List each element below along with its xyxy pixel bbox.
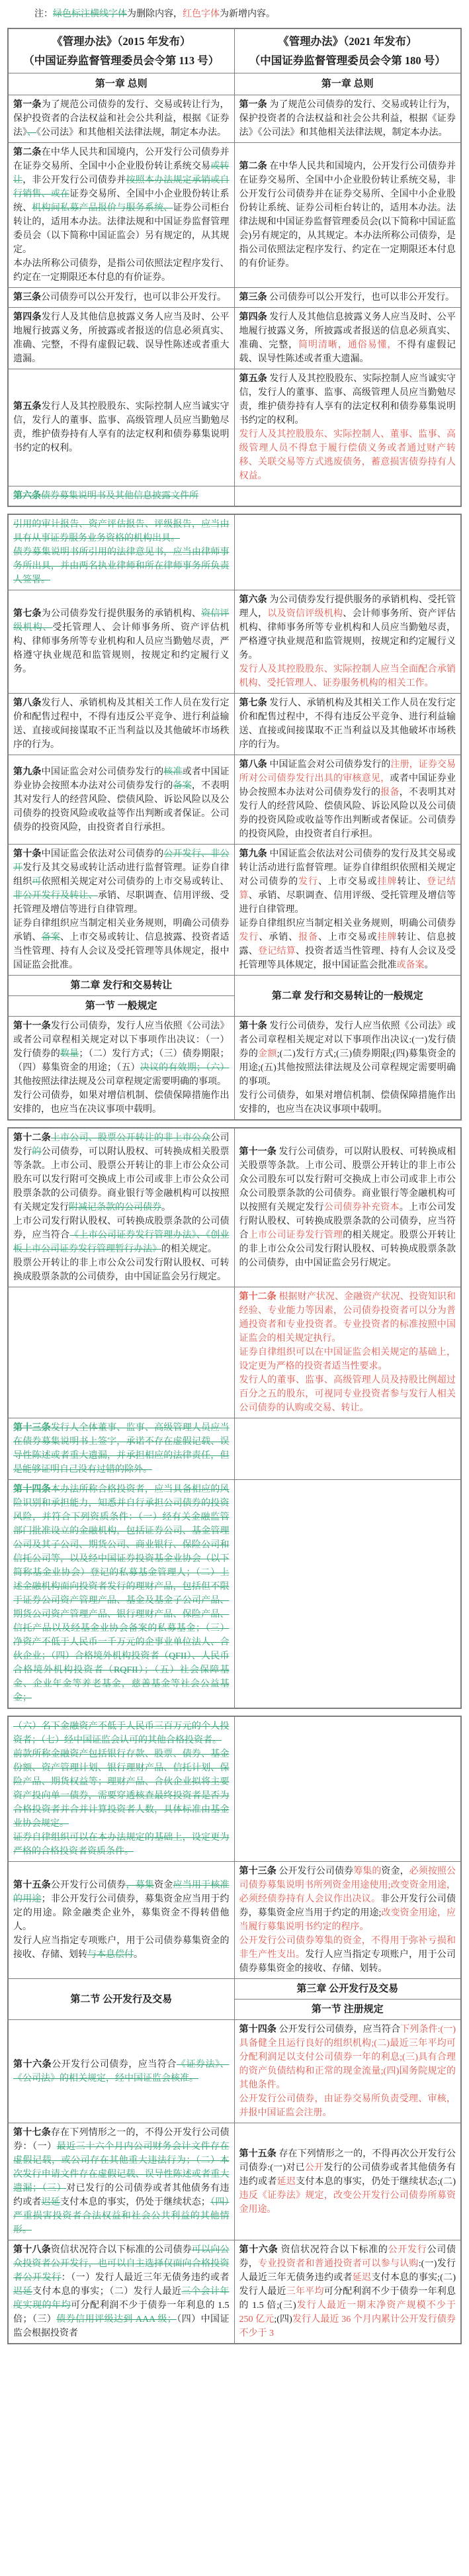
table-cell-left: 第十六条公开发行公司债券，应当符合《证券法》、《公司法》的相关规定，经中国证监会… [9,2020,235,2123]
legend-added-sample: 红色字体 [183,9,220,19]
text-run: 第十八条 [13,2245,51,2255]
deleted-text: 的 [32,1147,41,1157]
text-run: 第十二条 [13,1133,51,1143]
legend-mid: 为删除内容， [127,9,183,19]
table-row: 第三条公司债券可以公开发行，也可以非公开发行。第三条 公司债券可以公开发行，也可… [9,288,460,308]
added-text: 报备 [380,788,400,798]
table-cell-left: 第五条发行人及其控股股东、实际控制人应当诚实守信，发行人的董事、监事、高级管理人… [9,369,235,486]
added-text: 专业投资者和普通投资者可以参与认购 [258,2259,419,2269]
text-run: 公开发行公司债券 [51,1880,126,1890]
text-run: 发行人、承销机构及其相关工作人员在发行定价和配售过程中，不得有违反公平竞争、进行… [13,698,230,750]
table-cell-right: 《管理办法》（2021 年发布）（中国证券监督管理委员会令第 180 号） [235,29,461,73]
paragraph: 第十二条上市公司、股票公开转让的非上市公众公司发行的公司债券，可以附认股权、可转… [13,1131,230,1215]
table-cell-left: 《管理办法》（2015 年发布）（中国证券监督管理委员会令第 113 号） [9,29,235,73]
table-cell-right: 第四条 发行人及其他信息披露义务人应当及时、公平地履行披露义务，所披露或者报送的… [235,308,461,369]
deleted-text: 备案 [42,933,60,943]
text-run: 、承销、 [259,933,298,943]
table-cell-right [235,1717,461,1861]
legend-suffix: 为新增内容。 [220,9,275,19]
paragraph: 第二条在中华人民共和国境内，公开发行公司债券并在证券交易所、全国中小企业股份转让… [13,146,230,257]
paragraph: 第十八条资信状况符合以下标准的公司债券可以向公众投资者公开发行，也可以自主选择仅… [13,2243,230,2340]
text-run: 第十条 [239,1021,270,1031]
text-run: 第一条 [13,100,42,110]
text-run: 第十五条 [13,1880,51,1890]
paragraph: 证券自律组织可以在中国证监会相关规定的基础上，设定更为严格的投资者适当性要求。 [239,1346,456,1373]
added-text: 发行人及其控股股东、实际控制人应当全面配合承销机构、受托管理人、证券服务机构的相… [239,665,456,688]
paragraph: （六）名下金融资产不低于人民币三百万元的个人投资者；（七）经中国证监会认可的其他… [13,1720,230,1747]
text-run: 的相关规定。 [161,1244,217,1254]
table-cell-left: 第十七条存在下列情形之一的，不得公开发行公司债券：（一）最近三十六个月内公司财务… [9,2123,235,2240]
text-run: 第九条 [13,767,42,777]
section-title: 第二节 公开发行及交易 [70,1992,172,2007]
deleted-text: 核准 [163,767,182,777]
text-run: 公开发行公司债券，应当符合 [52,2060,177,2070]
table-cell-left: 第十条中国证监会依法对公司债券的公开发行、非公开发行及其交易或转让活动进行监督管… [9,845,235,975]
table-cell-left: 第四条发行人及其他信息披露义务人应当及时、公平地履行披露义务，所披露或者报送的信… [9,308,235,369]
text-run: 公开发行公司债券，应当符合 [279,2025,401,2035]
deleted-text: （六）名下金融资产不低于人民币三百万元的个人投资者；（七）经中国证监会认可的其他… [13,1722,230,1745]
table-row: 第一条为了规范公司债券的发行、交易或转让行为，保护投资者的合法权益和社会公共利益… [9,95,460,143]
text-run: 第六条 [239,595,270,605]
deleted-text: 可 [32,877,41,887]
table-cell-right: 第十五条 存在下列情形之一的，不得再次公开发行公司债券:(一)对已公开发行的公司… [235,2123,461,2240]
added-text: 发行人及其控股股东、实际控制人、董事、监事、高级管理人员不得怠于履行偿债义务或者… [239,430,456,481]
text-run: 。 [161,1203,171,1213]
deleted-text: 附减记条款的公司债券 [69,1203,161,1213]
text-run: 。 [425,960,434,970]
table-cell-right: 第三条 公司债券可以公开发行，也可以非公开发行。 [235,288,461,307]
table-row: 引用的审计报告、资产评估报告、评级报告，应当由具有从事证券服务业务资格的机构出具… [9,515,460,590]
deleted-text: 前款所称金融资产包括银行存款、股票、债券、基金份额、资产管理计划、银行理财产品、… [13,1749,230,1829]
table-cell-right: 第十四条 公开发行公司债券，应当符合下列条件:(一)具备健全且运行良好的组织机构… [235,2020,461,2123]
table-cell-left: 第一章 总则 [9,73,235,95]
paragraph: 发行公司债券，如果对增信机制、偿债保障措施作出安排的，也应当在决议事项中载明。 [13,1089,230,1117]
text-run: 第八条 [239,760,270,770]
paragraph: 发行人及其控股股东、实际控制人应当全面配合承销机构、受托管理人、证券服务机构的相… [239,663,456,690]
paragraph: 第十五条公开发行公司债券，募集资金应当用于核准的用途；非公开发行公司债券，募集资… [13,1878,230,1934]
comparison-table-3: 第十二条上市公司、股票公开转让的非上市公众公司发行的公司债券，可以附认股权、可转… [7,1127,462,1709]
table-cell-left: 第二节 公开发行及交易 [9,1979,235,2019]
table-cell-right [235,515,461,590]
text-run: 转让、 [397,877,427,887]
text-run: 其他按照法律法规及公司章程规定需要明确的事项。 [13,1077,226,1087]
table-cell-right: 第十一条 发行公司债券，可以附认股权、可转换成相关股票等条款。上市公司、股票公开… [235,1128,461,1287]
table-cell-left: 第十三条发行人全体董事、监事、高级管理人员应当在债券募集说明书上签字，承诺不存在… [9,1418,235,1479]
text-run: 第十五条 [239,2149,279,2159]
table-cell-left: 第七条为公司债券发行提供服务的承销机构、资信评级机构、受托管理人、会计师事务所、… [9,590,235,693]
added-text: 挂牌 [378,933,398,943]
added-text: 证券自律组织可以在中国证监会相关规定的基础上，设定更为严格的投资者适当性要求。 [239,1348,456,1371]
paragraph: 第九条 中国证监会依法对公司债券的发行及其交易或转让活动进行监督管理。证券自律组… [239,847,456,917]
text-run: 第七条 [239,698,270,708]
table-cell-right: 第三章 公开发行及交易第一节 注册规定 [235,1979,461,2019]
table-cell-left [9,1287,235,1418]
table-cell-right [235,486,461,506]
text-run: 第十六条 [239,2245,281,2255]
text-run: ；非公开发行公司债券，募集资金应当用于约定的用途。除金融类企业外，募集资金不得转… [13,1894,230,1932]
added-text: 筹集的 [353,1866,381,1876]
paragraph: 第七条为公司债券发行提供服务的承销机构、资信评级机构、受托管理人、会计师事务所、… [13,607,230,676]
comparison-table-1: 《管理办法》（2015 年发布）（中国证券监督管理委员会令第 113 号）《管理… [7,28,462,507]
table-row: 《管理办法》（2015 年发布）（中国证券监督管理委员会令第 113 号）《管理… [9,29,460,73]
deleted-text: 第六条 [13,491,41,501]
table-cell-right: 第十条 发行公司债券，发行人应当依照《公司法》或者公司章程相关规定对以下事项作出… [235,1017,461,1119]
table-cell-right: 第一条 为了规范公司债券的发行、交易或转让行为，保护投资者的合法权益和社会公共利… [235,95,461,142]
text-run: 股票公开转让的非上市公众公司发行附认股权、可转换成股票条款的公司债券，由中国证监… [13,1258,230,1282]
paragraph: 第五条 发行人及其控股股东、实际控制人应当诚实守信，发行人的董事、监事、高级管理… [239,372,456,428]
paragraph: 第十五条 存在下列情形之一的，不得再次公开发行公司债券:(一)对已公开发行的公司… [239,2147,456,2217]
table-row: 第六条债券募集说明书及其他信息披露文件所 [9,486,460,506]
table-row: （六）名下金融资产不低于人民币三百万元的个人投资者；（七）经中国证监会认可的其他… [9,1717,460,1862]
paragraph: 前款所称金融资产包括银行存款、股票、债券、基金份额、资产管理计划、银行理财产品、… [13,1747,230,1831]
table-cell-left: 第八条发行人、承销机构及其相关工作人员在发行定价和配售过程中，不得有违反公平竞争… [9,694,235,755]
comparison-document: 《管理办法》（2015 年发布）（中国证券监督管理委员会令第 113 号）《管理… [0,28,469,2344]
text-run: 第十七条 [13,2128,51,2138]
table-row: 第九条中国证监会对公司债券发行的核准或者中国证券业协会按照本办法对公司债券发行的… [9,755,460,845]
paragraph: 第九条中国证监会对公司债券发行的核准或者中国证券业协会按照本办法对公司债券发行的… [13,765,230,835]
deleted-text: 、 [27,128,36,138]
comparison-table-2: 引用的审计报告、资产评估报告、评级报告，应当由具有从事证券服务业务资格的机构出具… [7,514,462,1121]
paragraph: 股票公开转让的非上市公众公司发行附认股权、可转换成股票条款的公司债券，由中国证监… [13,1256,230,1284]
text-run: 第四条 [239,312,270,322]
section-title: 第三章 公开发行及交易 [235,1979,461,2000]
text-run: 公司债券可以公开发行，也可以非公开发行。 [269,293,454,302]
text-run: 第三条 [13,293,41,302]
table-cell-left: 第十五条公开发行公司债券，募集资金应当用于核准的用途；非公开发行公司债券，募集资… [9,1862,235,1978]
table-row: 第十六条公开发行公司债券，应当符合《证券法》、《公司法》的相关规定，经中国证监会… [9,2020,460,2123]
section-title: 第二章 发行和交易转让 [9,976,234,996]
deleted-text: 引用的审计报告、资产评估报告、评级报告，应当由具有从事证券服务业务资格的机构出具… [13,520,230,543]
paragraph: 第一条 为了规范公司债券的发行、交易或转让行为，保护投资者的合法权益和社会公共利… [239,98,456,140]
paragraph: 第三条 公司债券可以公开发行，也可以非公开发行。 [239,291,456,304]
text-run: 第九条 [239,849,270,859]
deleted-text: 非公开发行及转让、 [13,891,98,901]
added-text: 以及资信评级机构 [267,609,343,619]
table-row: 第四条发行人及其他信息披露义务人应当及时、公平地履行披露义务，所披露或者报送的信… [9,308,460,369]
text-run: 、承销、尽职调查、信用评级、受托管理及增信等进行自律管理。 [239,891,456,915]
paragraph: 第一条为了规范公司债券的发行、交易或转让行为，保护投资者的合法权益和社会公共利益… [13,98,230,140]
added-text: 三年平均 [286,2287,324,2297]
text-run: 第八条 [13,698,42,708]
table-row: 第十三条发行人全体董事、监事、高级管理人员应当在债券募集说明书上签字，承诺不存在… [9,1418,460,1480]
paragraph: 第十六条公开发行公司债券，应当符合《证券法》、《公司法》的相关规定，经中国证监会… [13,2058,230,2086]
added-text: 发行 [239,933,259,943]
text-run: 第十四条 [239,2025,279,2035]
table-cell-right: 第十六条 资信状况符合以下标准的公开发行公司债券，专业投资者和普通投资者可以参与… [235,2240,461,2343]
text-run: 第十一条 [239,1147,279,1157]
paragraph: 发行人及其控股股东、实际控制人、董事、监事、高级管理人员不得怠于履行偿债义务或者… [239,428,456,483]
table-cell-left: 第三条公司债券可以公开发行，也可以非公开发行。 [9,288,235,307]
table-row: 第十一条发行公司债券，发行人应当依照《公司法》或者公司章程相关规定对以下事项作出… [9,1017,460,1119]
text-run: 第一条 [239,100,270,110]
deleted-text: 决议的有效期；（六） [140,1063,230,1073]
table-cell-left: 第一条为了规范公司债券的发行、交易或转让行为，保护投资者的合法权益和社会公共利益… [9,95,235,142]
table-row: 第二条在中华人民共和国境内，公开发行公司债券并在证券交易所、全国中小企业股份转让… [9,143,460,288]
deleted-text: 迟延 [42,2197,60,2207]
text-run: 资金， [381,1866,409,1876]
paragraph: 发行人的董事、监事、高级管理人员及持股比例超过百分之五的股东，可视同专业投资者参… [239,1373,456,1415]
paragraph: 发行公司债券，如果对增信机制、偿债保障措施作出安排的，也应当在决议事项中载明。 [239,1089,456,1117]
paragraph: 第十二条 根据财产状况、金融资产状况、投资知识和经验、专业能力等因素，公司债券投… [239,1290,456,1346]
text-run: 资金 [154,1880,173,1890]
table-cell-right: 第二条 在中华人民共和国境内，公开发行公司债券并在证券交易所、全国中小企业股份转… [235,143,461,287]
deleted-text: 与本息偿付 [87,1950,134,1960]
text-run: 第十六条 [13,2060,52,2070]
table-cell-left: 第十二条上市公司、股票公开转让的非上市公众公司发行的公司债券，可以附认股权、可转… [9,1128,235,1287]
paragraph: 第十四条 公开发行公司债券，应当符合下列条件:(一)具备健全且运行良好的组织机构… [239,2023,456,2092]
section-title: 《管理办法》（2015 年发布） [52,32,191,51]
paragraph: 第十三条发行人全体董事、监事、高级管理人员应当在债券募集说明书上签字，承诺不存在… [13,1421,230,1477]
added-text: 公开发行公司债券，由证券交易所负责受理、审核，并报中国证监会注册。 [239,2094,456,2118]
text-run: 在中华人民共和国境内，公开发行公司债券并在证券交易所、全国中小企业股份转让系统交… [13,148,230,171]
table-cell-right: 第六条 为公司债券发行提供服务的承销机构、受托管理人，以及资信评级机构、会计师事… [235,590,461,693]
text-run: 中国证监会对公司债券发行的 [269,760,390,770]
text-run: 发行公司债券，如果对增信机制、偿债保障措施作出安排的，也应当在决议事项中载明。 [13,1091,230,1115]
deleted-text: 迟延 [13,2287,32,2297]
paragraph: 第八条发行人、承销机构及其相关工作人员在发行定价和配售过程中，不得有违反公平竞争… [13,696,230,752]
table-cell-right: 第五条 发行人及其控股股东、实际控制人应当诚实守信，发行人的董事、监事、高级管理… [235,369,461,486]
paragraph: 证券自律组织应当制定相关业务规则，明确公司债券发行、承销、报备、上市交易或挂牌转… [239,917,456,972]
text-run: 证券自律组织应当制定相关业务规则，明确公司债券 [239,919,456,929]
added-text: 登记结算 [258,946,296,956]
text-run: 第四条 [13,312,42,322]
section-title: 第二章 发行和交易转让的一般规定 [272,988,423,1004]
table-cell-right: 第二章 发行和交易转让的一般规定 [235,976,461,1016]
text-run: 、上市交易或 [318,933,378,943]
added-text: 或备案 [397,960,425,970]
deleted-text: 第十三条 [13,1423,51,1433]
added-text: 发行 [298,877,318,887]
deleted-text: 本办法所称合格投资者，应当具备相应的风险识别和承担能力，知悉并自行承担公司债券的… [13,1485,230,1703]
text-run: 发行人及其控股股东、实际控制人应当诚实守信，发行人的董事、监事、高级管理人员应当… [239,374,456,426]
comparison-table-4: （六）名下金融资产不低于人民币三百万元的个人投资者；（七）经中国证监会认可的其他… [7,1716,462,2344]
text-run: ：（一）发行人最近三年无债务违约或者 [62,2273,230,2283]
table-row: 第十八条资信状况符合以下标准的公司债券可以向公众投资者公开发行，也可以自主选择仅… [9,2240,460,2343]
paragraph: 本办法所称公司债券，是指公司依照法定程序发行、约定在一定期限还本付息的有价证券。 [13,257,230,285]
text-run: 。 [134,1950,143,1960]
paragraph: 公开发行公司债券，由证券交易所负责受理、审核，并报中国证监会注册。 [239,2092,456,2120]
paragraph: 第六条 为公司债券发行提供服务的承销机构、受托管理人，以及资信评级机构、会计师事… [239,593,456,663]
paragraph: 第八条 中国证监会对公司债券发行的注册，证券交易所对公司债券发行出具的审核意见，… [239,758,456,841]
paragraph: 第六条债券募集说明书及其他信息披露文件所 [13,489,230,503]
table-cell-right: 第十三条 公开发行公司债券筹集的资金，必须按照公司债券募集说明书所列资金用途使用… [235,1862,461,1978]
table-row: 第七条为公司债券发行提供服务的承销机构、资信评级机构、受托管理人、会计师事务所、… [9,590,460,694]
paragraph: 公开发行公司债券筹集的资金，不得用于弥补亏损和非生产性支出。发行人应当指定专项账… [239,1934,456,1976]
table-cell-right: 第八条 中国证监会对公司债券发行的注册，证券交易所对公司债券发行出具的审核意见，… [235,755,461,844]
table-cell-right: 第十二条 根据财产状况、金融资产状况、投资知识和经验、专业能力等因素，公司债券投… [235,1287,461,1418]
table-row: 第二节 公开发行及交易第三章 公开发行及交易第一节 注册规定 [9,1979,460,2020]
table-row: 第十二条 根据财产状况、金融资产状况、投资知识和经验、专业能力等因素，公司债券投… [9,1287,460,1418]
paragraph: 第十一条发行公司债券，发行人应当依照《公司法》或者公司章程相关规定对以下事项作出… [13,1019,230,1089]
text-run: 中国证监会对公司债券发行的 [42,767,164,777]
added-text: 简明清晰，通俗易懂， [298,340,397,350]
text-run: 发行人及其他信息披露义务人应当及时、公平地履行披露义务，所披露或者报送的信息必须… [13,312,230,364]
table-cell-left: 第六条债券募集说明书及其他信息披露文件所 [9,486,235,506]
paragraph: 第四条发行人及其他信息披露义务人应当及时、公平地履行披露义务，所披露或者报送的信… [13,310,230,366]
text-run: 发行人及其控股股东、实际控制人应当诚实守信，发行人的董事、监事、高级管理人员应当… [13,402,230,453]
paragraph: 发行人应当指定专项账户，用于公司债券募集资金的接收、存储、划转与本息偿付。 [13,1934,230,1962]
paragraph: 第十七条存在下列情形之一的，不得公开发行公司债券：（一）最近三十六个月内公司财务… [13,2126,230,2237]
deleted-text: 证券自律组织可以在本办法规定的基础上，设定更为严格的合格投资者资质条件。 [13,1833,230,1857]
table-cell-left: 第二章 发行和交易转让第一节 一般规定 [9,976,235,1016]
text-run: 资信状况符合以下标准的 [281,2245,388,2255]
added-text: 违反《证券法》规定，改变公开发行公司债券所募资金用途。 [239,2191,456,2215]
deleted-text: 第十四条 [13,1485,51,1495]
paragraph: 第四条 发行人及其他信息披露义务人应当及时、公平地履行披露义务，所披露或者报送的… [239,310,456,366]
paragraph: 第五条发行人及其控股股东、实际控制人应当诚实守信，发行人的董事、监事、高级管理人… [13,400,230,455]
table-cell-left: 第十四条本办法所称合格投资者，应当具备相应的风险识别和承担能力，知悉并自行承担公… [9,1480,235,1708]
added-text: 第十二条 [239,1292,279,1302]
text-run: ，非公开发行公司债券并 [22,175,126,185]
deleted-text: 机构间私募产品报价与服务系统、 [32,203,173,213]
section-title: 第一节 注册规定 [235,2000,461,2019]
paragraph: 上市公司发行附认股权、可转换成股票条款的公司债券，应当符合《上市公司证券发行管理… [13,1215,230,1256]
section-title: 第一章 总则 [95,76,148,92]
table-row: 第十四条本办法所称合格投资者，应当具备相应的风险识别和承担能力，知悉并自行承担公… [9,1480,460,1708]
table-row: 第十条中国证监会依法对公司债券的公开发行、非公开发行及其交易或转让活动进行监督管… [9,845,460,976]
section-title: 第一章 总则 [321,76,374,92]
text-run: 第五条 [239,374,270,384]
section-title: 《管理办法》（2021 年发布） [278,32,417,51]
text-run: 第七条 [13,609,42,619]
text-run: 第十三条 [239,1866,279,1876]
table-cell-right [235,1480,461,1708]
paragraph: 第七条 发行人、承销机构及其相关工作人员在发行定价和配售过程中，不得有违反公平竞… [239,696,456,752]
deleted-text: 债券信用评级达到 AAA 级； [56,2315,177,2324]
deleted-text: 备案 [173,781,191,791]
text-run: 为公司债券发行提供服务的承销机构、 [42,609,201,619]
text-run: 发行人、承销机构及其相关工作人员在发行定价和配售过程中，不得有违反公平竞争、进行… [239,698,456,750]
added-text: 公开发行 [388,2245,427,2255]
table-row: 第八条发行人、承销机构及其相关工作人员在发行定价和配售过程中，不得有违反公平竞争… [9,694,460,755]
paragraph: 引用的审计报告、资产评估报告、评级报告，应当由具有从事证券服务业务资格的机构出具… [13,518,230,545]
table-row: 第二章 发行和交易转让第一节 一般规定第二章 发行和交易转让的一般规定 [9,976,460,1017]
added-text: 挂牌 [378,877,398,887]
text-run: 第五条 [13,402,42,412]
table-cell-right: 第七条 发行人、承销机构及其相关工作人员在发行定价和配售过程中，不得有违反公平竞… [235,694,461,755]
paragraph: 第十三条 公开发行公司债券筹集的资金，必须按照公司债券募集说明书所列资金用途使用… [239,1864,456,1934]
text-run: 、上市交易或 [318,877,378,887]
paragraph: 第十条 发行公司债券，发行人应当依照《公司法》或者公司章程相关规定对以下事项作出… [239,1019,456,1089]
text-run: 依照相关规定对公司债券的上市交易或转让、 [42,877,230,887]
table-cell-left: 引用的审计报告、资产评估报告、评级报告，应当由具有从事证券服务业务资格的机构出具… [9,515,235,590]
paragraph: 证券自律组织可以在本办法规定的基础上，设定更为严格的合格投资者资质条件。 [13,1831,230,1859]
text-run: 在中华人民共和国境内，公开发行公司债券并在证券交易所、全国中小企业股份转让系统交… [239,161,456,269]
added-text: 延迟 [353,2273,372,2283]
table-cell-left: 第十八条资信状况符合以下标准的公司债券可以向公众投资者公开发行，也可以自主选择仅… [9,2240,235,2343]
table-row: 第十七条存在下列情形之一的，不得公开发行公司债券：（一）最近三十六个月内公司财务… [9,2123,460,2240]
text-run: ;(四) [274,2315,292,2324]
table-cell-right [235,1418,461,1479]
paragraph: 第二条 在中华人民共和国境内，公开发行公司债券并在证券交易所、全国中小企业股份转… [239,160,456,271]
added-text: 报备 [298,933,318,943]
table-row: 第十五条公开发行公司债券，募集资金应当用于核准的用途；非公开发行公司债券，募集资… [9,1862,460,1979]
deleted-text: 数量 [60,1049,79,1059]
paragraph: 第三条公司债券可以公开发行，也可以非公开发行。 [13,291,230,304]
section-title: （中国证券监督管理委员会令第 180 号） [249,51,446,70]
added-text: 延迟 [277,2177,296,2187]
text-run: 第十条 [13,849,42,859]
deleted-text: 债券募集说明书及其他信息披露文件所 [41,491,198,501]
table-cell-right: 第一章 总则 [235,73,461,95]
paragraph: 证券自律组织应当制定相关业务规则，明确公司债券承销、备案、上市交易或转让、信息披… [13,917,230,972]
table-cell-right: 第九条 中国证监会依法对公司债券的发行及其交易或转让活动进行监督管理。证券自律组… [235,845,461,975]
added-text: 公开 [305,2163,324,2173]
text-run: 第十一条 [13,1021,51,1031]
text-run: 中国证监会依法对公司债券的 [42,849,164,859]
section-title: 第一节 一般规定 [9,996,234,1016]
deleted-text: 上市公司、股票公开转让的非上市公众 [51,1133,210,1143]
text-run: 公开发行公司债券 [278,1866,353,1876]
text-run: 《公司法》和其他相关法律法规，制定本办法。 [36,128,226,138]
added-text: 发行人的董事、监事、高级管理人员及持股比例超过百分之五的股东，可视同专业投资者参… [239,1375,456,1413]
text-run: 第二条 [13,148,42,158]
legend-deleted-sample: 绿色标注横线字体 [53,9,127,19]
text-run: 本办法所称公司债券，是指公司依照法定程序发行、约定在一定期限还本付息的有价证券。 [13,259,230,283]
text-run: 支付本息的事实；（二）发行人最近 [32,2287,181,2297]
table-row: 第十二条上市公司、股票公开转让的非上市公众公司发行的公司债券，可以附认股权、可转… [9,1128,460,1287]
deleted-text: 债券募集说明书所引用的法律意见书，应当由律师事务所出具，并由两名执业律师和所在律… [13,547,230,585]
paragraph: 债券募集说明书所引用的法律意见书，应当由律师事务所出具，并由两名执业律师和所在律… [13,545,230,587]
paragraph: 第十条中国证监会依法对公司债券的公开发行、非公开发行及其交易或转让活动进行监督管… [13,847,230,917]
deleted-text: ，募集 [126,1880,154,1890]
text-run: 公司债券可以公开发行，也可以非公开发行。 [41,293,226,302]
section-title: （中国证券监督管理委员会令第 113 号） [23,51,219,70]
table-cell-left: （六）名下金融资产不低于人民币三百万元的个人投资者；（七）经中国证监会认可的其他… [9,1717,235,1861]
added-text: 上市公司证券发行管理 [249,1230,343,1240]
table-cell-left: 第二条在中华人民共和国境内，公开发行公司债券并在证券交易所、全国中小企业股份转让… [9,143,235,287]
text-run: 第二条 [239,161,270,171]
legend-prefix: 注： [34,9,53,19]
table-cell-left: 第九条中国证监会对公司债券发行的核准或者中国证券业协会按照本办法对公司债券发行的… [9,755,235,844]
added-text: 公司债券补充资本 [324,1203,400,1213]
table-cell-left: 第十一条发行公司债券，发行人应当依照《公司法》或者公司章程相关规定对以下事项作出… [9,1017,235,1119]
text-run: 为了规范公司债券的发行、交易或转让行为，保护投资者的合法权益和社会公共利益，根据… [239,100,456,138]
legend-note: 注：绿色标注横线字体为删除内容，红色字体为新增内容。 [34,8,462,21]
added-text: 金额 [258,1049,277,1059]
text-run: 发行公司债券，如果对增信机制、偿债保障措施作出安排的，也应当在决议事项中载明。 [239,1091,456,1115]
table-row: 第一章 总则第一章 总则 [9,73,460,95]
text-run: 支付本息的事实，仍处于继续状态； [60,2197,210,2207]
paragraph: 第十一条 发行公司债券，可以附认股权、可转换成相关股票等条款。上市公司、股票公开… [239,1145,456,1270]
paragraph: 第十四条本办法所称合格投资者，应当具备相应的风险识别和承担能力，知悉并自行承担公… [13,1483,230,1705]
text-run: 支付本息的事实，仍处于继续状态;(二) [296,2177,456,2187]
text-run: 资信状况符合以下标准的公司债券 [51,2245,192,2255]
table-row: 第五条发行人及其控股股东、实际控制人应当诚实守信，发行人的董事、监事、高级管理人… [9,369,460,486]
text-run: 第三条 [239,293,270,302]
paragraph: 第十六条 资信状况符合以下标准的公开发行公司债券，专业投资者和普通投资者可以参与… [239,2243,456,2340]
